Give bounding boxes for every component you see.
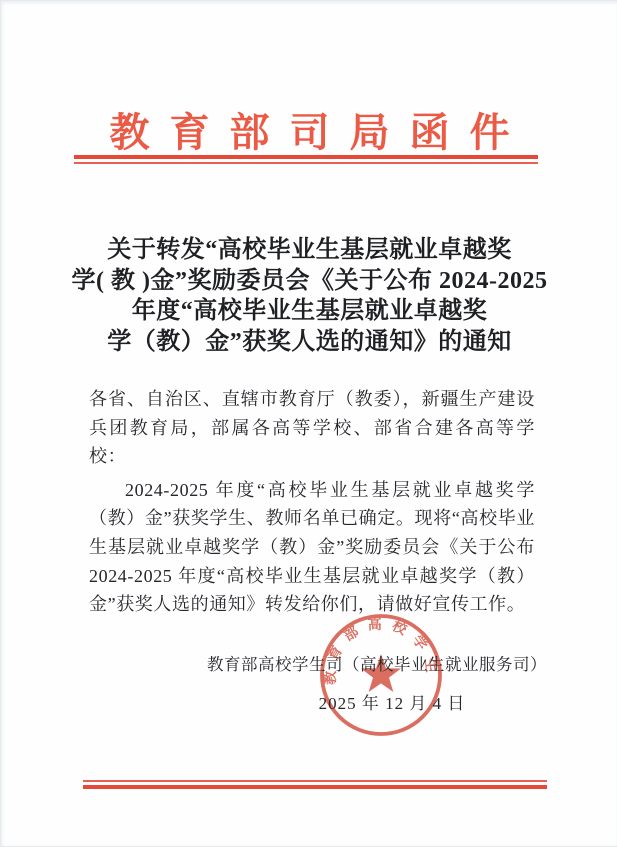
- scanned-official-letter-page: 教育部司局函件 关于转发“高校毕业生基层就业卓越奖 学( 教 )金”奖励委员会《…: [0, 0, 617, 847]
- title-line-3: 年度“高校毕业生基层就业卓越奖: [41, 296, 578, 327]
- letter-body: 各省、自治区、直辖市教育厅（教委），新疆生产建设兵团教育局，部属各高等学校、部省…: [89, 385, 535, 619]
- document-title: 关于转发“高校毕业生基层就业卓越奖 学( 教 )金”奖励委员会《关于公布 202…: [41, 235, 578, 357]
- title-line-1: 关于转发“高校毕业生基层就业卓越奖: [41, 235, 578, 266]
- issuing-department: 教育部高校学生司（高校毕业生就业服务司）: [207, 651, 543, 675]
- rule-thin-line: [74, 162, 538, 164]
- letterhead-divider-rule: [74, 155, 538, 164]
- rule-thick-line: [83, 785, 547, 789]
- footer-divider-rule: [83, 780, 547, 789]
- signature-block: 教育部高校学生司（高校毕业生就业服务司） 2025 年 12 月 4 日: [207, 651, 543, 714]
- title-line-4: 学（教）金”获奖人选的通知》的通知: [41, 327, 578, 358]
- issue-date: 2025 年 12 月 4 日: [241, 689, 543, 714]
- letterhead-title: 教育部司局函件: [1, 101, 617, 158]
- recipients-paragraph: 各省、自治区、直辖市教育厅（教委），新疆生产建设兵团教育局，部属各高等学校、部省…: [89, 385, 535, 471]
- title-line-2: 学( 教 )金”奖励委员会《关于公布 2024-2025: [41, 266, 578, 297]
- main-paragraph: 2024-2025 年度“高校毕业生基层就业卓越奖学（教）金”获奖学生、教师名单…: [89, 476, 535, 619]
